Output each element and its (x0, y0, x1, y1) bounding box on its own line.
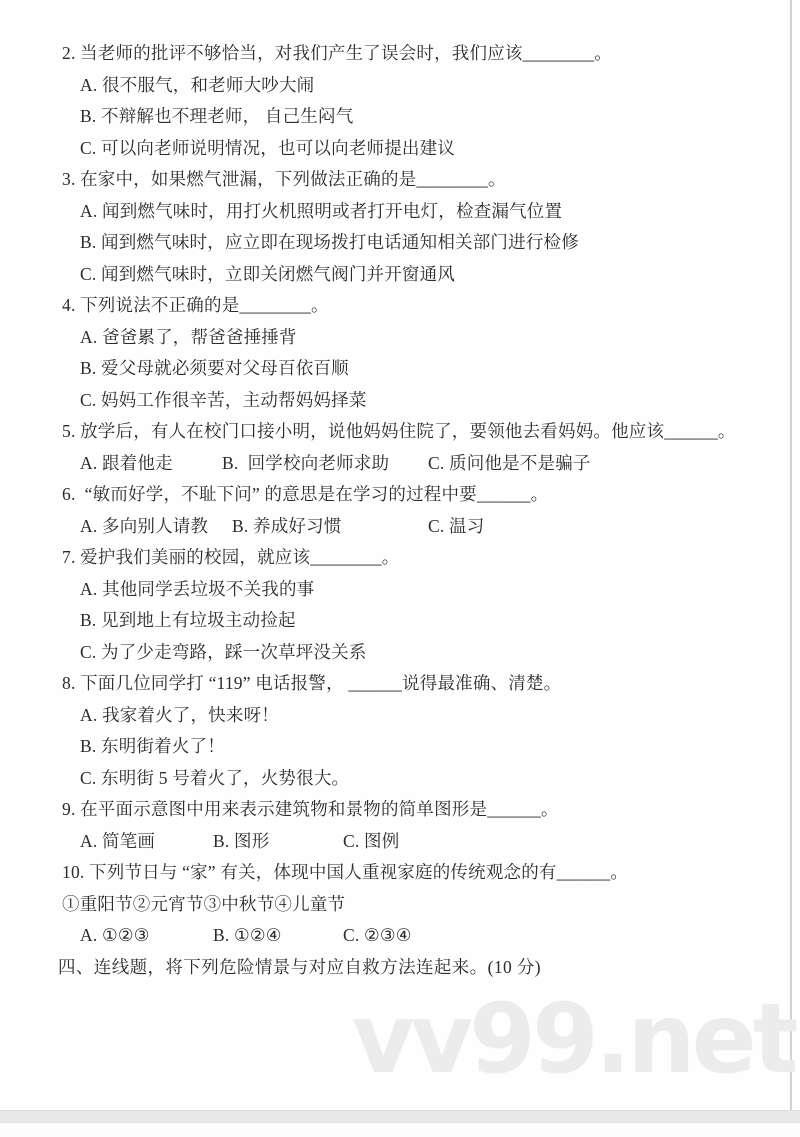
options-row: A. 跟着他走 B. 回学校向老师求助 C. 质问他是不是骗子 (0, 448, 790, 480)
option-line: A. 爸爸累了，帮爸爸捶捶背 (0, 322, 790, 354)
numbered-items-line: ①重阳节②元宵节③中秋节④儿童节 (0, 889, 790, 921)
option-line: B. 见到地上有垃圾主动捡起 (0, 605, 790, 637)
option-b: B. 图形 (213, 826, 269, 858)
option-line: C. 闻到燃气味时，立即关闭燃气阀门并开窗通风 (0, 259, 790, 291)
question-line-5: 5. 放学后，有人在校门口接小明，说他妈妈住院了，要领他去看妈妈。他应该____… (0, 416, 790, 448)
option-line: C. 东明街 5 号着火了，火势很大。 (0, 763, 790, 795)
options-row: A. ①②③ B. ①②④ C. ②③④ (0, 920, 790, 952)
page-gap-divider (0, 1110, 800, 1123)
option-line: A. 其他同学丢垃圾不关我的事 (0, 574, 790, 606)
option-line: A. 我家着火了，快来呀！ (0, 700, 790, 732)
option-c: C. 图例 (343, 826, 399, 858)
option-c: C. 质问他是不是骗子 (428, 448, 591, 480)
options-row: A. 多向别人请教 B. 养成好习惯 C. 温习 (0, 511, 790, 543)
question-line-4: 4. 下列说法不正确的是________。 (0, 290, 790, 322)
option-line: A. 很不服气，和老师大吵大闹 (0, 70, 790, 102)
section-heading: 四、连线题，将下列危险情景与对应自救方法连起来。(10 分) (0, 952, 790, 984)
watermark: vv99.net (352, 983, 795, 1095)
option-line: A. 闻到燃气味时，用打火机照明或者打开电灯，检查漏气位置 (0, 196, 790, 228)
next-page-top (0, 1123, 800, 1137)
option-line: C. 可以向老师说明情况，也可以向老师提出建议 (0, 133, 790, 165)
option-b: B. ①②④ (213, 920, 282, 952)
question-line-6: 6. “敏而好学，不耻下问” 的意思是在学习的过程中要______。 (0, 479, 790, 511)
question-line-8: 8. 下面几位同学打 “119” 电话报警， ______说得最准确、清楚。 (0, 668, 790, 700)
question-line-7: 7. 爱护我们美丽的校园，就应该________。 (0, 542, 790, 574)
document-page: 2. 当老师的批评不够恰当，对我们产生了误会时，我们应该________。 A.… (0, 0, 790, 1110)
option-c: C. ②③④ (343, 920, 412, 952)
option-line: B. 东明街着火了！ (0, 731, 790, 763)
question-line-10: 10. 下列节日与 “家” 有关，体现中国人重视家庭的传统观念的有______。 (0, 857, 790, 889)
option-a: A. ①②③ (80, 920, 150, 952)
option-line: C. 妈妈工作很辛苦，主动帮妈妈择菜 (0, 385, 790, 417)
options-row: A. 简笔画 B. 图形 C. 图例 (0, 826, 790, 858)
page-right-border (790, 0, 792, 1112)
question-line-3: 3. 在家中，如果燃气泄漏，下列做法正确的是________。 (0, 164, 790, 196)
option-line: B. 不辩解也不理老师， 自己生闷气 (0, 101, 790, 133)
option-a: A. 跟着他走 (80, 448, 173, 480)
option-a: A. 简笔画 (80, 826, 155, 858)
option-a: A. 多向别人请教 (80, 511, 208, 543)
option-b: B. 回学校向老师求助 (222, 448, 389, 480)
option-line: C. 为了少走弯路，踩一次草坪没关系 (0, 637, 790, 669)
option-c: C. 温习 (428, 511, 484, 543)
question-line-9: 9. 在平面示意图中用来表示建筑物和景物的简单图形是______。 (0, 794, 790, 826)
option-line: B. 闻到燃气味时，应立即在现场拨打电话通知相关部门进行检修 (0, 227, 790, 259)
option-line: B. 爱父母就必须要对父母百依百顺 (0, 353, 790, 385)
question-line-2: 2. 当老师的批评不够恰当，对我们产生了误会时，我们应该________。 (0, 38, 790, 70)
option-b: B. 养成好习惯 (232, 511, 342, 543)
